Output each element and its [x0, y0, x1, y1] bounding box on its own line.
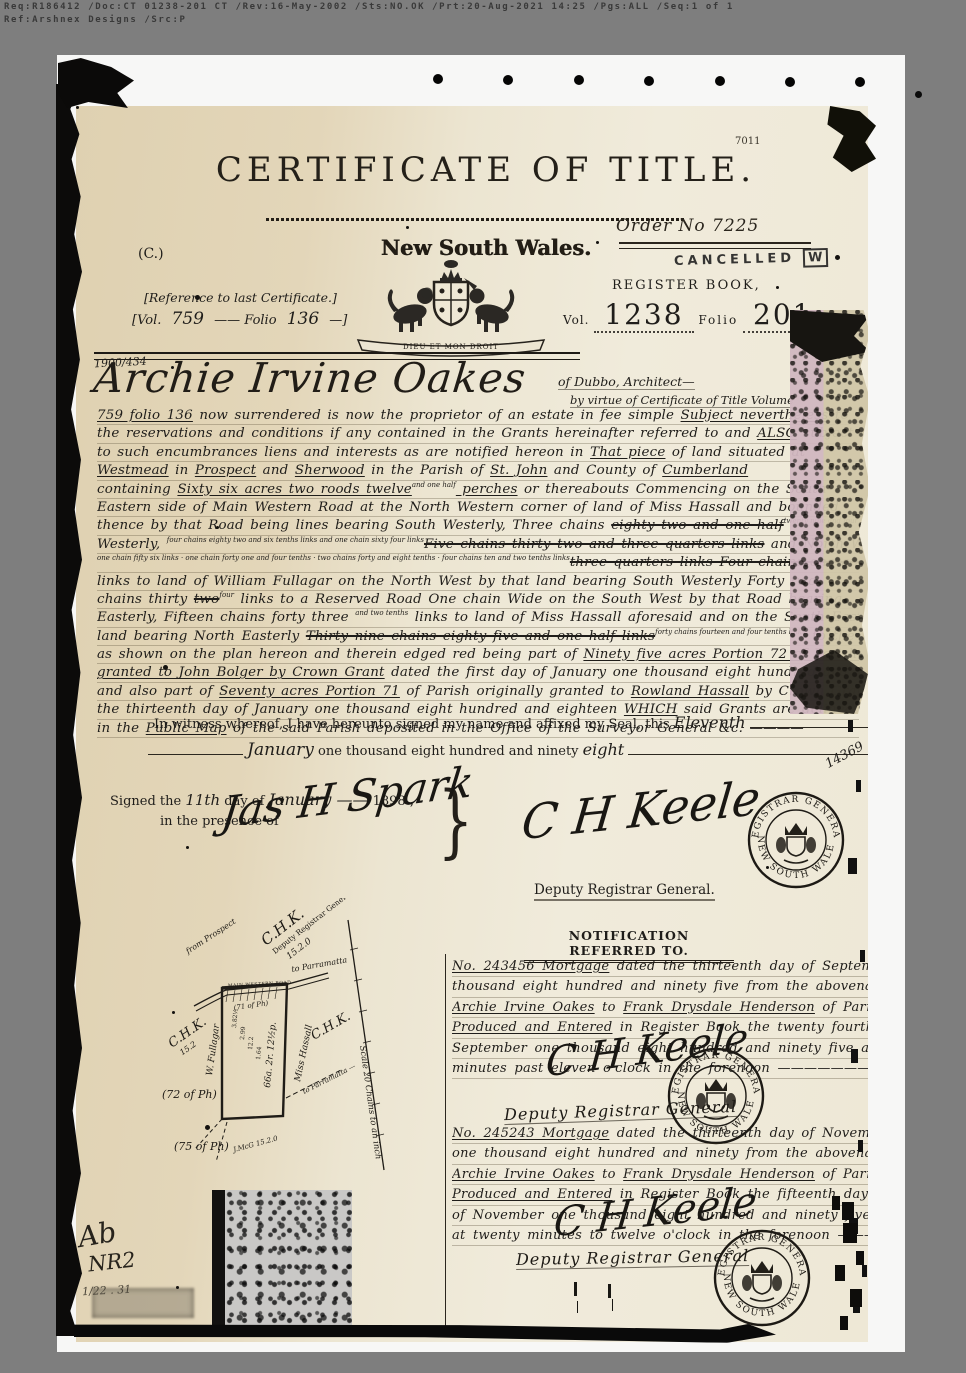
ref-dash: ——: [214, 313, 240, 328]
m-line: No. 245243 Mortgage dated the thirteenth…: [452, 1124, 868, 1144]
signed-pre: Signed the: [110, 794, 181, 809]
deed-line: as shown on the plan hereon and therein …: [97, 646, 859, 664]
deed-line: granted to John Bolger by Crown Grant da…: [97, 664, 859, 682]
owner-description: of Dubbo, Architect—: [558, 374, 695, 390]
registrar-seal-graphic: ✱ REGISTRAR GENERAL ✱NEW SOUTH WALES: [744, 788, 848, 892]
punch-holes: [433, 74, 443, 84]
reference-vol-folio: [Vol. 759 —— Folio 136 —]: [132, 309, 347, 329]
shield: [434, 282, 468, 325]
register-book-label: REGISTER BOOK,: [612, 278, 761, 293]
order-number: Order No 7225: [616, 216, 759, 236]
deed-line: Easterly, Fifteen chains forty three and…: [97, 609, 859, 627]
certificate-title: CERTIFICATE OF TITLE.: [116, 150, 856, 190]
plan-road-name: MAIN WESTERN ROAD: [228, 980, 292, 989]
deed-line: Westerly, four chains eighty two and six…: [97, 536, 859, 554]
folio-label: Folio: [698, 313, 738, 327]
svg-text:NEW SOUTH WALES: NEW SOUTH WALES: [721, 1271, 803, 1319]
plan-area: 66a. 2r. 12½p.: [262, 1021, 279, 1088]
registry-tick-marks: [574, 1282, 577, 1296]
witness-blank2: [148, 742, 243, 755]
witness-mid: one thousand eight hundred and ninety: [318, 744, 579, 759]
deed-line: land bearing North Easterly Thirty nine …: [97, 628, 859, 646]
binding-edge-strip: [790, 310, 868, 714]
corner-mark-2: NR2: [87, 1248, 137, 1277]
deed-line: 759 folio 136 now surrendered is now the…: [97, 407, 859, 425]
registrar-seal-3: ✱ REGISTRAR GENERAL ✱NEW SOUTH WALES: [710, 1226, 814, 1330]
m-line: Archie Irvine Oakes to Frank Drysdale He…: [452, 1165, 868, 1185]
plan-bottom-sig: J.McG 15.2.0: [231, 1134, 280, 1154]
faded-stamp-block: [212, 1190, 352, 1326]
vol-value: 1238: [594, 298, 693, 333]
by-virtue-line: by virtue of Certificate of Title Volume: [570, 393, 794, 408]
ref-folio-value: 136: [281, 309, 325, 329]
m-line: thousand eight hundred and ninety five f…: [452, 977, 868, 997]
plan-dim-1: 3.82½: [231, 1008, 240, 1028]
binding-dark-bottom: [790, 650, 868, 714]
witness-clause-line1: In witness whereof, I have hereunto sign…: [154, 713, 868, 732]
right-edge-marks: [848, 720, 853, 732]
unicorn-supporter: [464, 278, 514, 332]
plan-scale-label: Scale 20 Chains to an inch: [357, 1045, 383, 1160]
deed-line: Eastern side of Main Western Road at the…: [97, 499, 859, 517]
witness-clause-line2: January one thousand eight hundred and n…: [148, 740, 868, 760]
plan-to-label: to Parramatta: [291, 955, 348, 974]
plan-left-portion: (72 of Ph): [162, 1088, 217, 1101]
viewer-header-line1: Req:R186412 /Doc:CT 01238-201 CT /Rev:16…: [4, 2, 734, 12]
motto-text: DIEU ET MON DROIT: [403, 343, 499, 351]
crown-crest: [440, 260, 462, 282]
registrar-seal-1: ✱ REGISTRAR GENERAL ✱NEW SOUTH WALES: [744, 788, 848, 892]
plan-chk-signature-right: C.H.K.: [309, 1009, 354, 1043]
binding-dark-top: [790, 310, 868, 362]
witness-pre: In witness whereof, I have hereunto sign…: [154, 717, 670, 732]
deed-line: Westmead in Prospect and Sherwood in the…: [97, 462, 859, 480]
viewer-header-line2: Ref:Arshnex Designs /Src:P: [4, 15, 186, 25]
reference-label: [Reference to last Certificate.]: [144, 290, 337, 305]
plan-dim-3: 12.2: [247, 1036, 255, 1050]
witness-day-hw: Eleventh: [674, 713, 746, 732]
form-number: 7011: [735, 136, 760, 147]
cancelled-w-box: W: [803, 248, 828, 268]
m-line: Archie Irvine Oakes to Frank Drysdale He…: [452, 998, 868, 1018]
screen: Req:R186412 /Doc:CT 01238-201 CT /Rev:16…: [0, 0, 966, 1373]
deed-line: links to land of William Fullagar on the…: [97, 573, 859, 591]
ink-specks: [76, 106, 79, 109]
coat-of-arms: DIEU ET MON DROIT: [344, 252, 559, 362]
plan-dim-4: 1.64: [255, 1046, 263, 1060]
lion-supporter: [388, 288, 433, 333]
plan-registrar-endorsement: C.H.K. Deputy Registrar General 15.2.0: [257, 898, 362, 968]
ref-vol-label: [Vol.: [132, 313, 161, 328]
section-letter: (C.): [138, 246, 164, 262]
plan-bottom-portion: (75 of Ph): [174, 1140, 229, 1153]
plan-from-label: from Prospect: [183, 916, 238, 956]
plan-right-endorsement: C.H.K.: [309, 1009, 354, 1043]
cancelled-text: CANCELLED: [674, 251, 796, 269]
survey-plan: from Prospect to Parramatta MAIN WESTERN…: [76, 898, 456, 1208]
witness-year-hw: eight: [583, 740, 625, 759]
m-line: No. 243456 Mortgage dated the thirteenth…: [452, 957, 868, 977]
certificate-paper: 7011 CERTIFICATE OF TITLE. Order No 7225…: [76, 106, 868, 1342]
deed-line: one chain fifty six links · one chain fo…: [97, 554, 859, 572]
signed-day: 11th: [185, 791, 220, 809]
punch-hole-small: [915, 91, 922, 98]
svg-text:NEW SOUTH WALES: NEW SOUTH WALES: [755, 833, 837, 881]
plan-dim-2: 2.99: [239, 1026, 247, 1040]
deed-line: containing Sixty six acres two roods twe…: [97, 481, 859, 499]
witness-month-hw: January: [247, 740, 314, 760]
deed-line: chains thirty twofour links to a Reserve…: [97, 591, 859, 609]
registrar-seal-graphic: ✱ REGISTRAR GENERAL ✱NEW SOUTH WALES: [710, 1226, 814, 1330]
deed-line: the reservations and conditions if any c…: [97, 425, 859, 443]
registrar-title: Deputy Registrar General.: [534, 882, 715, 901]
plan-left-owner: W. Fullagar: [205, 1023, 222, 1077]
deed-text-block: 759 folio 136 now surrendered is now the…: [97, 407, 859, 738]
deed-line: to such encumbrances liens and interests…: [97, 444, 859, 462]
plan-right-road: to Parramatta —: [301, 1062, 357, 1096]
owner-name: Archie Irvine Oakes: [91, 354, 596, 402]
deed-line: and also part of Seventy acres Portion 7…: [97, 683, 859, 701]
registrar-signature: C H Keele: [519, 771, 763, 852]
ref-folio-label: Folio: [244, 313, 276, 328]
bottom-right-marks: [832, 1196, 840, 1210]
deed-line: thence by that Road being lines bearing …: [97, 517, 859, 535]
ref-vol-value: 759: [166, 309, 210, 329]
cancelled-stamp: CANCELLEDW: [674, 250, 828, 269]
m-line: one thousand eight hundred and ninety fr…: [452, 1144, 868, 1164]
vol-label: Vol.: [563, 313, 589, 327]
smudged-stamp: [92, 1288, 194, 1318]
corner-mark-1: Ab: [76, 1215, 119, 1254]
